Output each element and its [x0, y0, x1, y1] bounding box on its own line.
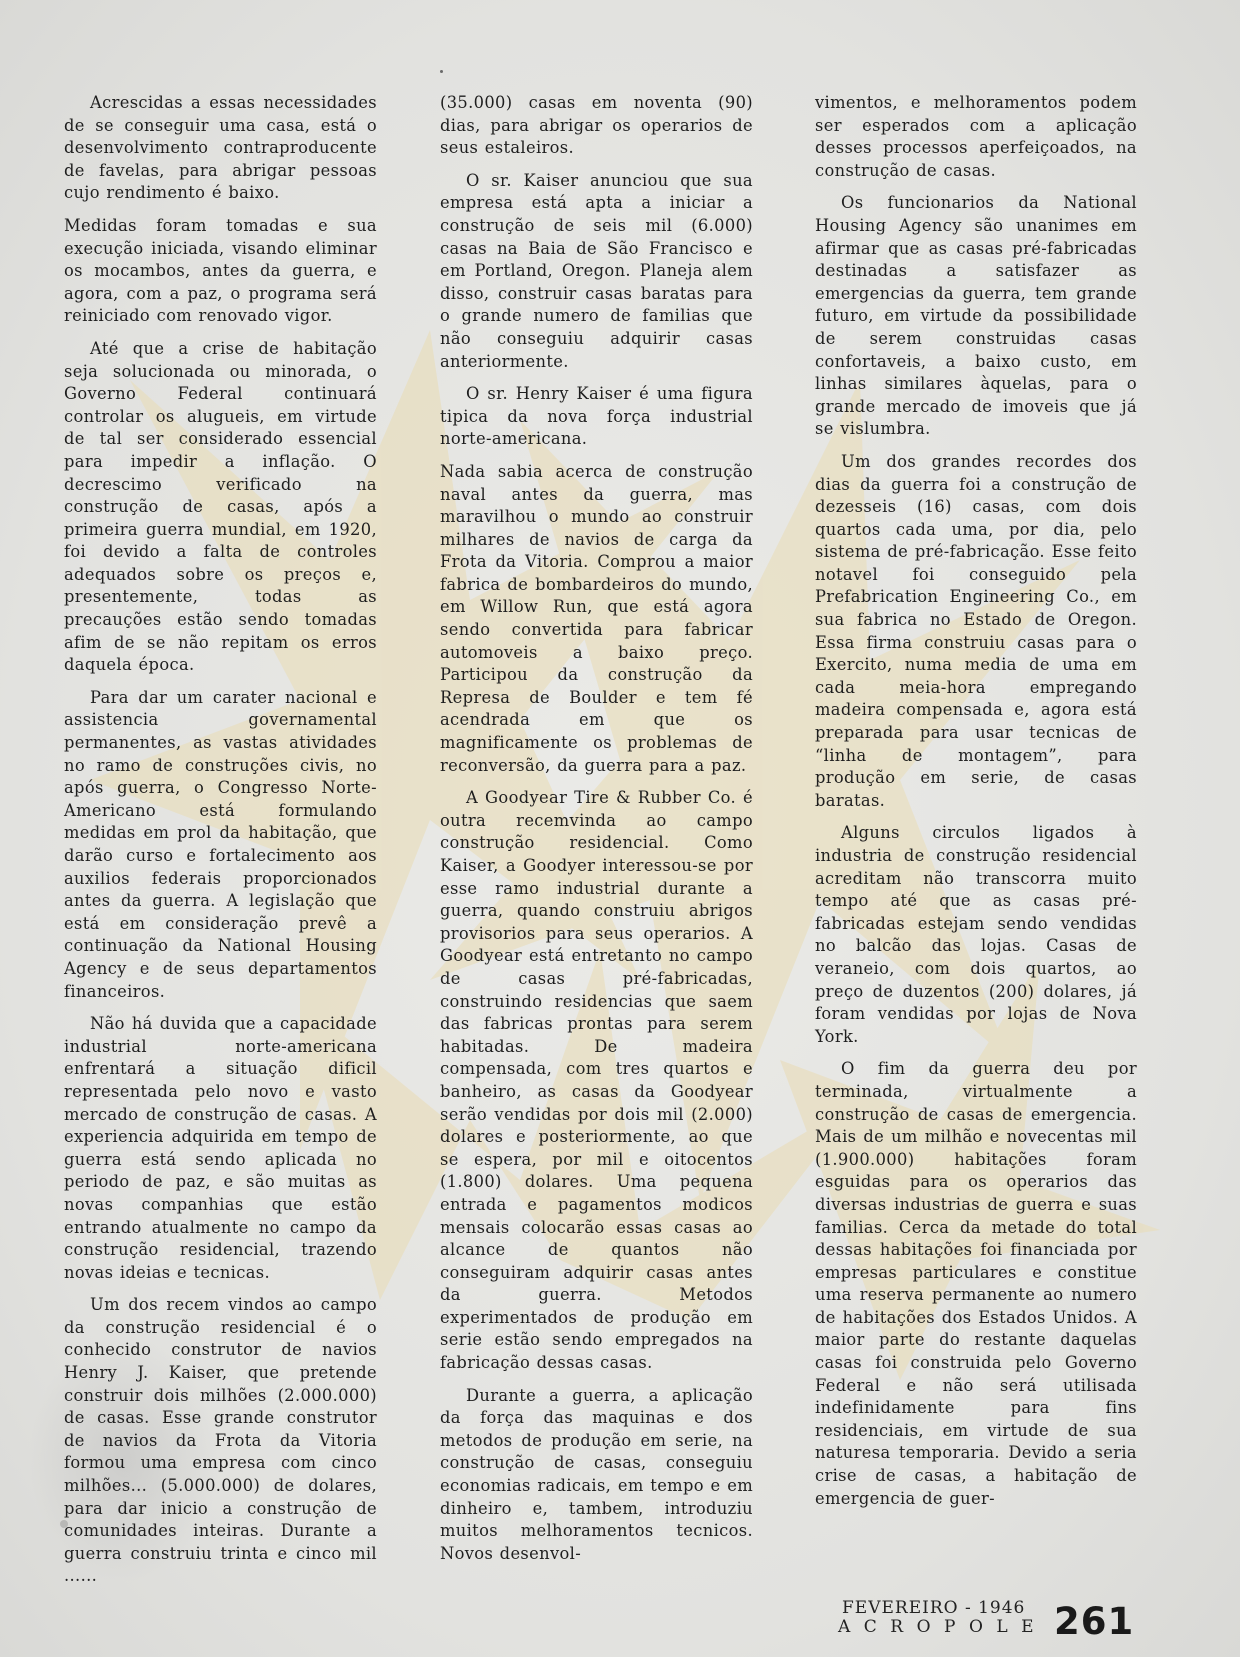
article-column-3: vimentos, e melhoramentos podem ser espe… — [815, 92, 1137, 1520]
paragraph: (35.000) casas em noventa (90) dias, par… — [440, 92, 753, 160]
paragraph: O fim da guerra deu por terminada, virtu… — [815, 1058, 1137, 1510]
paragraph: vimentos, e melhoramentos podem ser espe… — [815, 92, 1137, 182]
article-column-2: (35.000) casas em noventa (90) dias, par… — [440, 92, 753, 1575]
paragraph: Medidas foram tomadas e sua execução ini… — [64, 215, 377, 328]
print-speck — [440, 70, 443, 73]
paragraph: Não há duvida que a capacidade industria… — [64, 1013, 377, 1284]
paragraph: Acrescidas a essas necessidades de se co… — [64, 92, 377, 205]
paragraph: Nada sabia acerca de construção naval an… — [440, 461, 753, 777]
paragraph: Alguns circulos ligados à industria de c… — [815, 822, 1137, 1048]
paragraph: Os funcionarios da National Housing Agen… — [815, 192, 1137, 441]
article-column-1: Acrescidas a essas necessidades de se co… — [64, 92, 377, 1598]
paragraph: Um dos recem vindos ao campo da construç… — [64, 1294, 377, 1588]
paragraph: Para dar um carater nacional e assistenc… — [64, 687, 377, 1003]
paragraph: Durante a guerra, a aplicação da força d… — [440, 1385, 753, 1566]
magazine-page: Acrescidas a essas necessidades de se co… — [0, 0, 1240, 1657]
magazine-name: ACROPOLE — [838, 1617, 1047, 1637]
paragraph: Um dos grandes recordes dos dias da guer… — [815, 451, 1137, 813]
paragraph: Até que a crise de habitação seja soluci… — [64, 338, 377, 677]
paragraph: O sr. Kaiser anunciou que sua empresa es… — [440, 170, 753, 373]
paragraph: A Goodyear Tire & Rubber Co. é outra rec… — [440, 787, 753, 1374]
issue-date: FEVEREIRO - 1946 — [842, 1598, 1025, 1618]
page-number: 261 — [1054, 1600, 1134, 1643]
print-speck — [60, 1520, 68, 1528]
paragraph: O sr. Henry Kaiser é uma figura tipica d… — [440, 383, 753, 451]
